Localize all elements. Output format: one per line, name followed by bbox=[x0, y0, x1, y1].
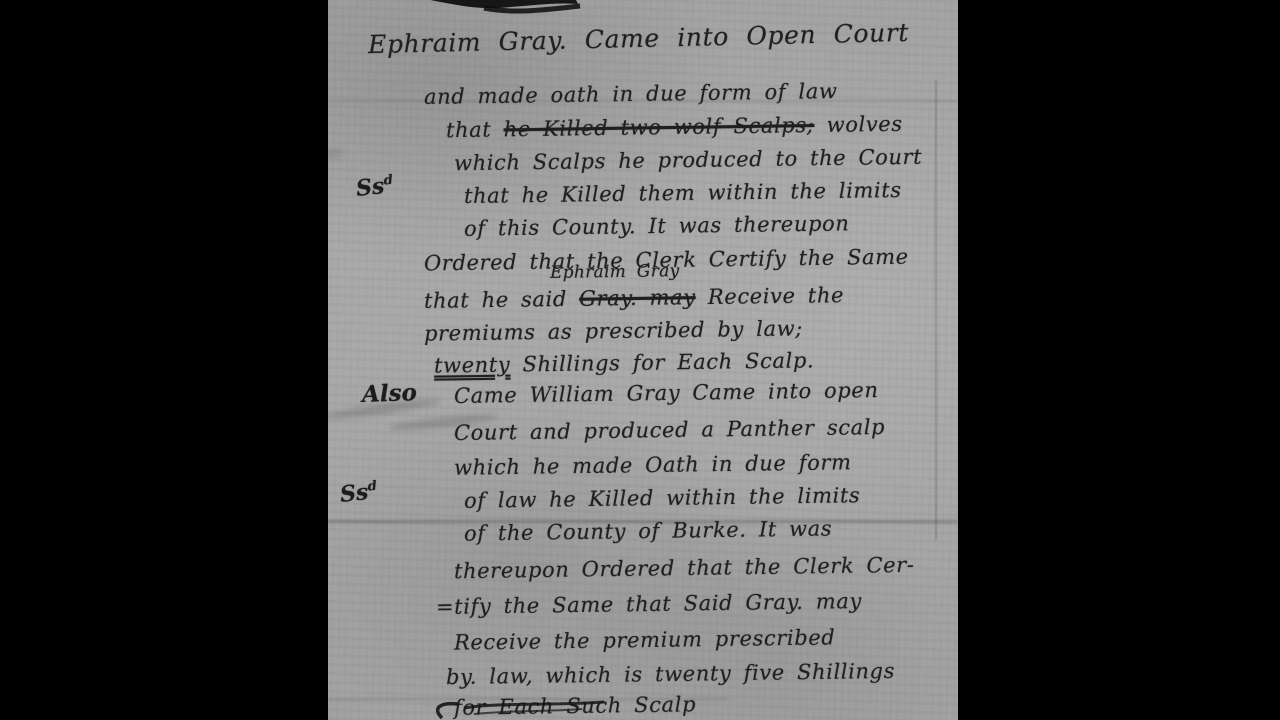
struck-text: he Killed two wolf Scalps; bbox=[503, 113, 814, 141]
manuscript-line: Receive the premium prescribed bbox=[454, 625, 836, 654]
manuscript-line: by. law, which is twenty five Shillings bbox=[446, 659, 895, 689]
manuscript-line: twenty Shillings for Each Scalp. bbox=[434, 348, 815, 377]
interline-insertion: Ephraim Gray bbox=[550, 261, 680, 283]
manuscript-line: Came William Gray Came into open bbox=[454, 378, 879, 408]
manuscript-line: that he Killed them within the limits bbox=[464, 178, 902, 208]
manuscript-line: which Scalps he produced to the Court bbox=[454, 145, 923, 176]
manuscript-line: of the County of Burke. It was bbox=[464, 516, 832, 545]
struck-text: Gray. may bbox=[579, 285, 696, 311]
underlined-text: twenty bbox=[434, 353, 511, 378]
ink-bleed-smudge bbox=[328, 148, 344, 160]
manuscript-line: thereupon Ordered that the Clerk Cer- bbox=[454, 553, 915, 583]
margin-note-issued: Ssd bbox=[355, 172, 395, 202]
line-text: wolves bbox=[814, 112, 903, 137]
manuscript-line: that he Killed two wolf Scalps; wolves bbox=[446, 112, 903, 142]
manuscript-line: that he said Gray. may Receive the bbox=[424, 283, 844, 313]
manuscript-photo: Ssd Ephraim Gray. Came into Open Court a… bbox=[328, 0, 958, 720]
line-text: that bbox=[446, 117, 504, 142]
line-text: Receive the bbox=[695, 283, 844, 309]
letterbox-left bbox=[0, 0, 328, 720]
margin-note-issued: Ssd bbox=[339, 478, 379, 508]
line-text: that he said bbox=[424, 287, 579, 313]
manuscript-line: of law he Killed within the limits bbox=[464, 483, 861, 513]
manuscript-line: =tify the Same that Said Gray. may bbox=[436, 589, 862, 619]
bottom-ink-flourish bbox=[414, 698, 634, 720]
manuscript-line: of this County. It was thereupon bbox=[464, 211, 850, 240]
screenshot-stage: Ssd Ephraim Gray. Came into Open Court a… bbox=[0, 0, 1280, 720]
manuscript-line: Court and produced a Panther scalp bbox=[454, 415, 885, 445]
manuscript-line: Ephraim Gray. Came into Open Court bbox=[368, 18, 910, 59]
margin-note-also: Also bbox=[362, 379, 418, 408]
manuscript-line: and made oath in due form of law bbox=[424, 79, 838, 109]
letterbox-right bbox=[958, 0, 1280, 720]
manuscript-line: premiums as prescribed by law; bbox=[424, 316, 803, 345]
fold-line bbox=[935, 80, 937, 540]
manuscript-line: which he made Oath in due form bbox=[454, 450, 852, 480]
top-ink-flourish bbox=[364, 0, 584, 20]
line-text: Shillings for Each Scalp. bbox=[510, 348, 814, 376]
